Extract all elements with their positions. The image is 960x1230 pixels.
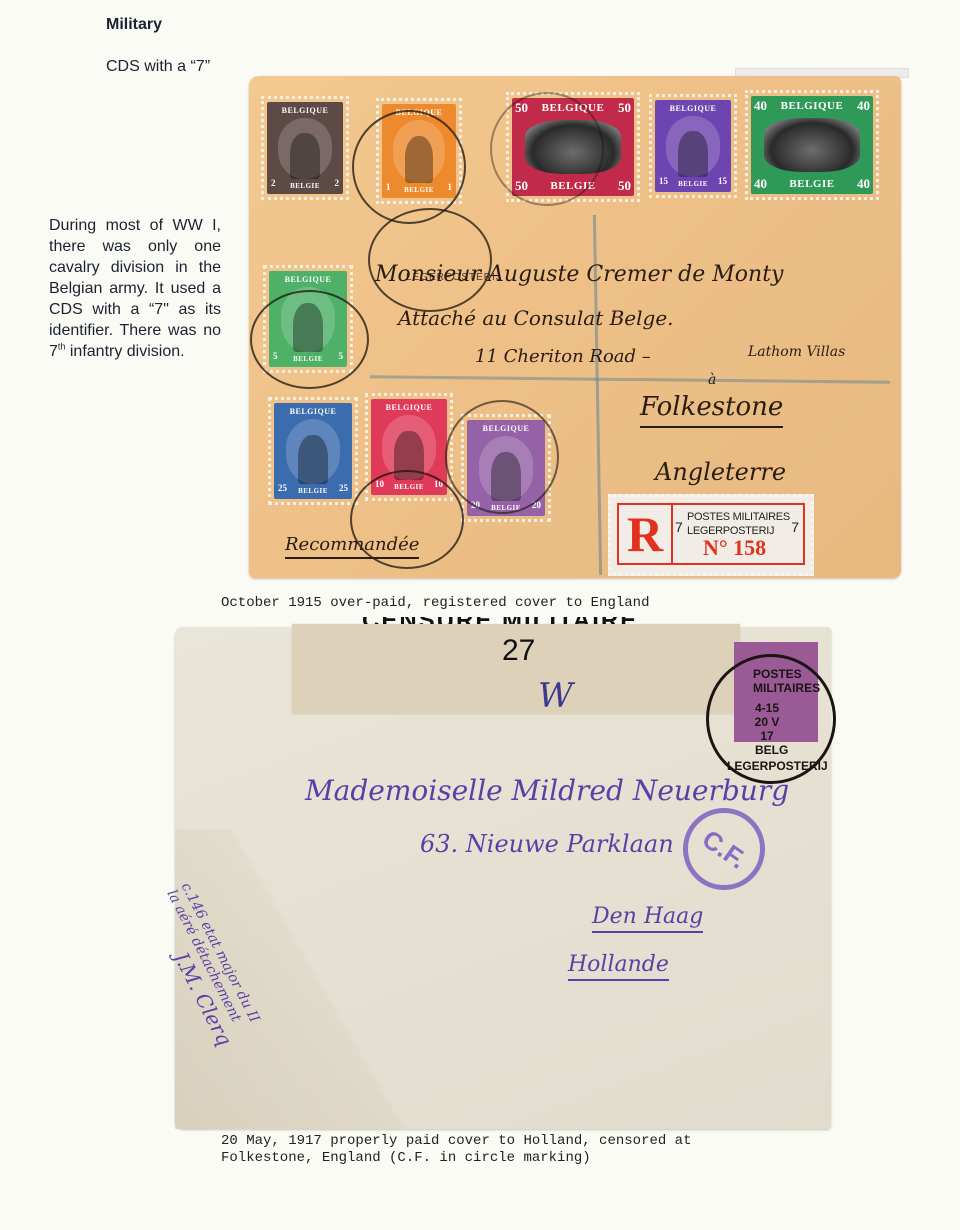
address-line-title: Attaché au Consulat Belge. (398, 306, 674, 330)
address-line-street: 11 Cheriton Road – (475, 346, 651, 367)
address-line-name: Monsieur Auguste Cremer de Monty (375, 262, 783, 287)
address-line-country: Angleterre (655, 458, 786, 486)
caption-cover-1: October 1915 over-paid, registered cover… (221, 595, 649, 612)
cds-postmark (490, 92, 604, 206)
cds-postmark (352, 110, 466, 224)
military-postmark: POSTES MILITAIRES 4-15 20 V 17 BELG LEGE… (706, 654, 836, 784)
cds-postmark: LEGERPOSTERIJ (368, 208, 492, 312)
stamp-2c: BELGIQUE BELGIE 22 (261, 96, 349, 200)
stamp-25c: BELGIQUE BELGIE 2525 (268, 397, 358, 505)
address-line-name: Mademoiselle Mildred Neuerburg (305, 774, 789, 807)
stamp-40c: 40BELGIQUE40 40BELGIE40 (745, 90, 879, 200)
address-line-street: 63. Nieuwe Parklaan (420, 830, 674, 858)
page-subtitle: CDS with a “7” (106, 58, 210, 76)
address-line-a: à (708, 372, 716, 388)
cf-censor-circle-mark: C.F. (683, 808, 765, 890)
address-line-country: Hollande (568, 952, 669, 981)
address-line-city: Den Haag (592, 904, 703, 933)
registration-number: N° 158 (703, 535, 766, 561)
cds-postmark (445, 400, 559, 514)
caption-cover-2: 20 May, 1917 properly paid cover to Holl… (221, 1133, 691, 1167)
recommande-note: Recommandée (285, 534, 419, 559)
censor-initials: W (538, 676, 573, 716)
registration-letter: R (619, 505, 673, 563)
registration-label: R 7 POSTES MILITAIRES LEGERPOSTERIJ 7 N°… (608, 494, 814, 576)
address-line-city: Folkestone (640, 392, 783, 428)
page-title: Military (106, 16, 162, 34)
address-line-villas: Lathom Villas (748, 344, 845, 360)
side-note: During most of WW I, there was only one … (49, 215, 221, 362)
cds-postmark (250, 290, 369, 389)
stamp-15c: BELGIQUE BELGIE 1515 (649, 94, 737, 198)
censor-number: 27 (502, 634, 535, 668)
